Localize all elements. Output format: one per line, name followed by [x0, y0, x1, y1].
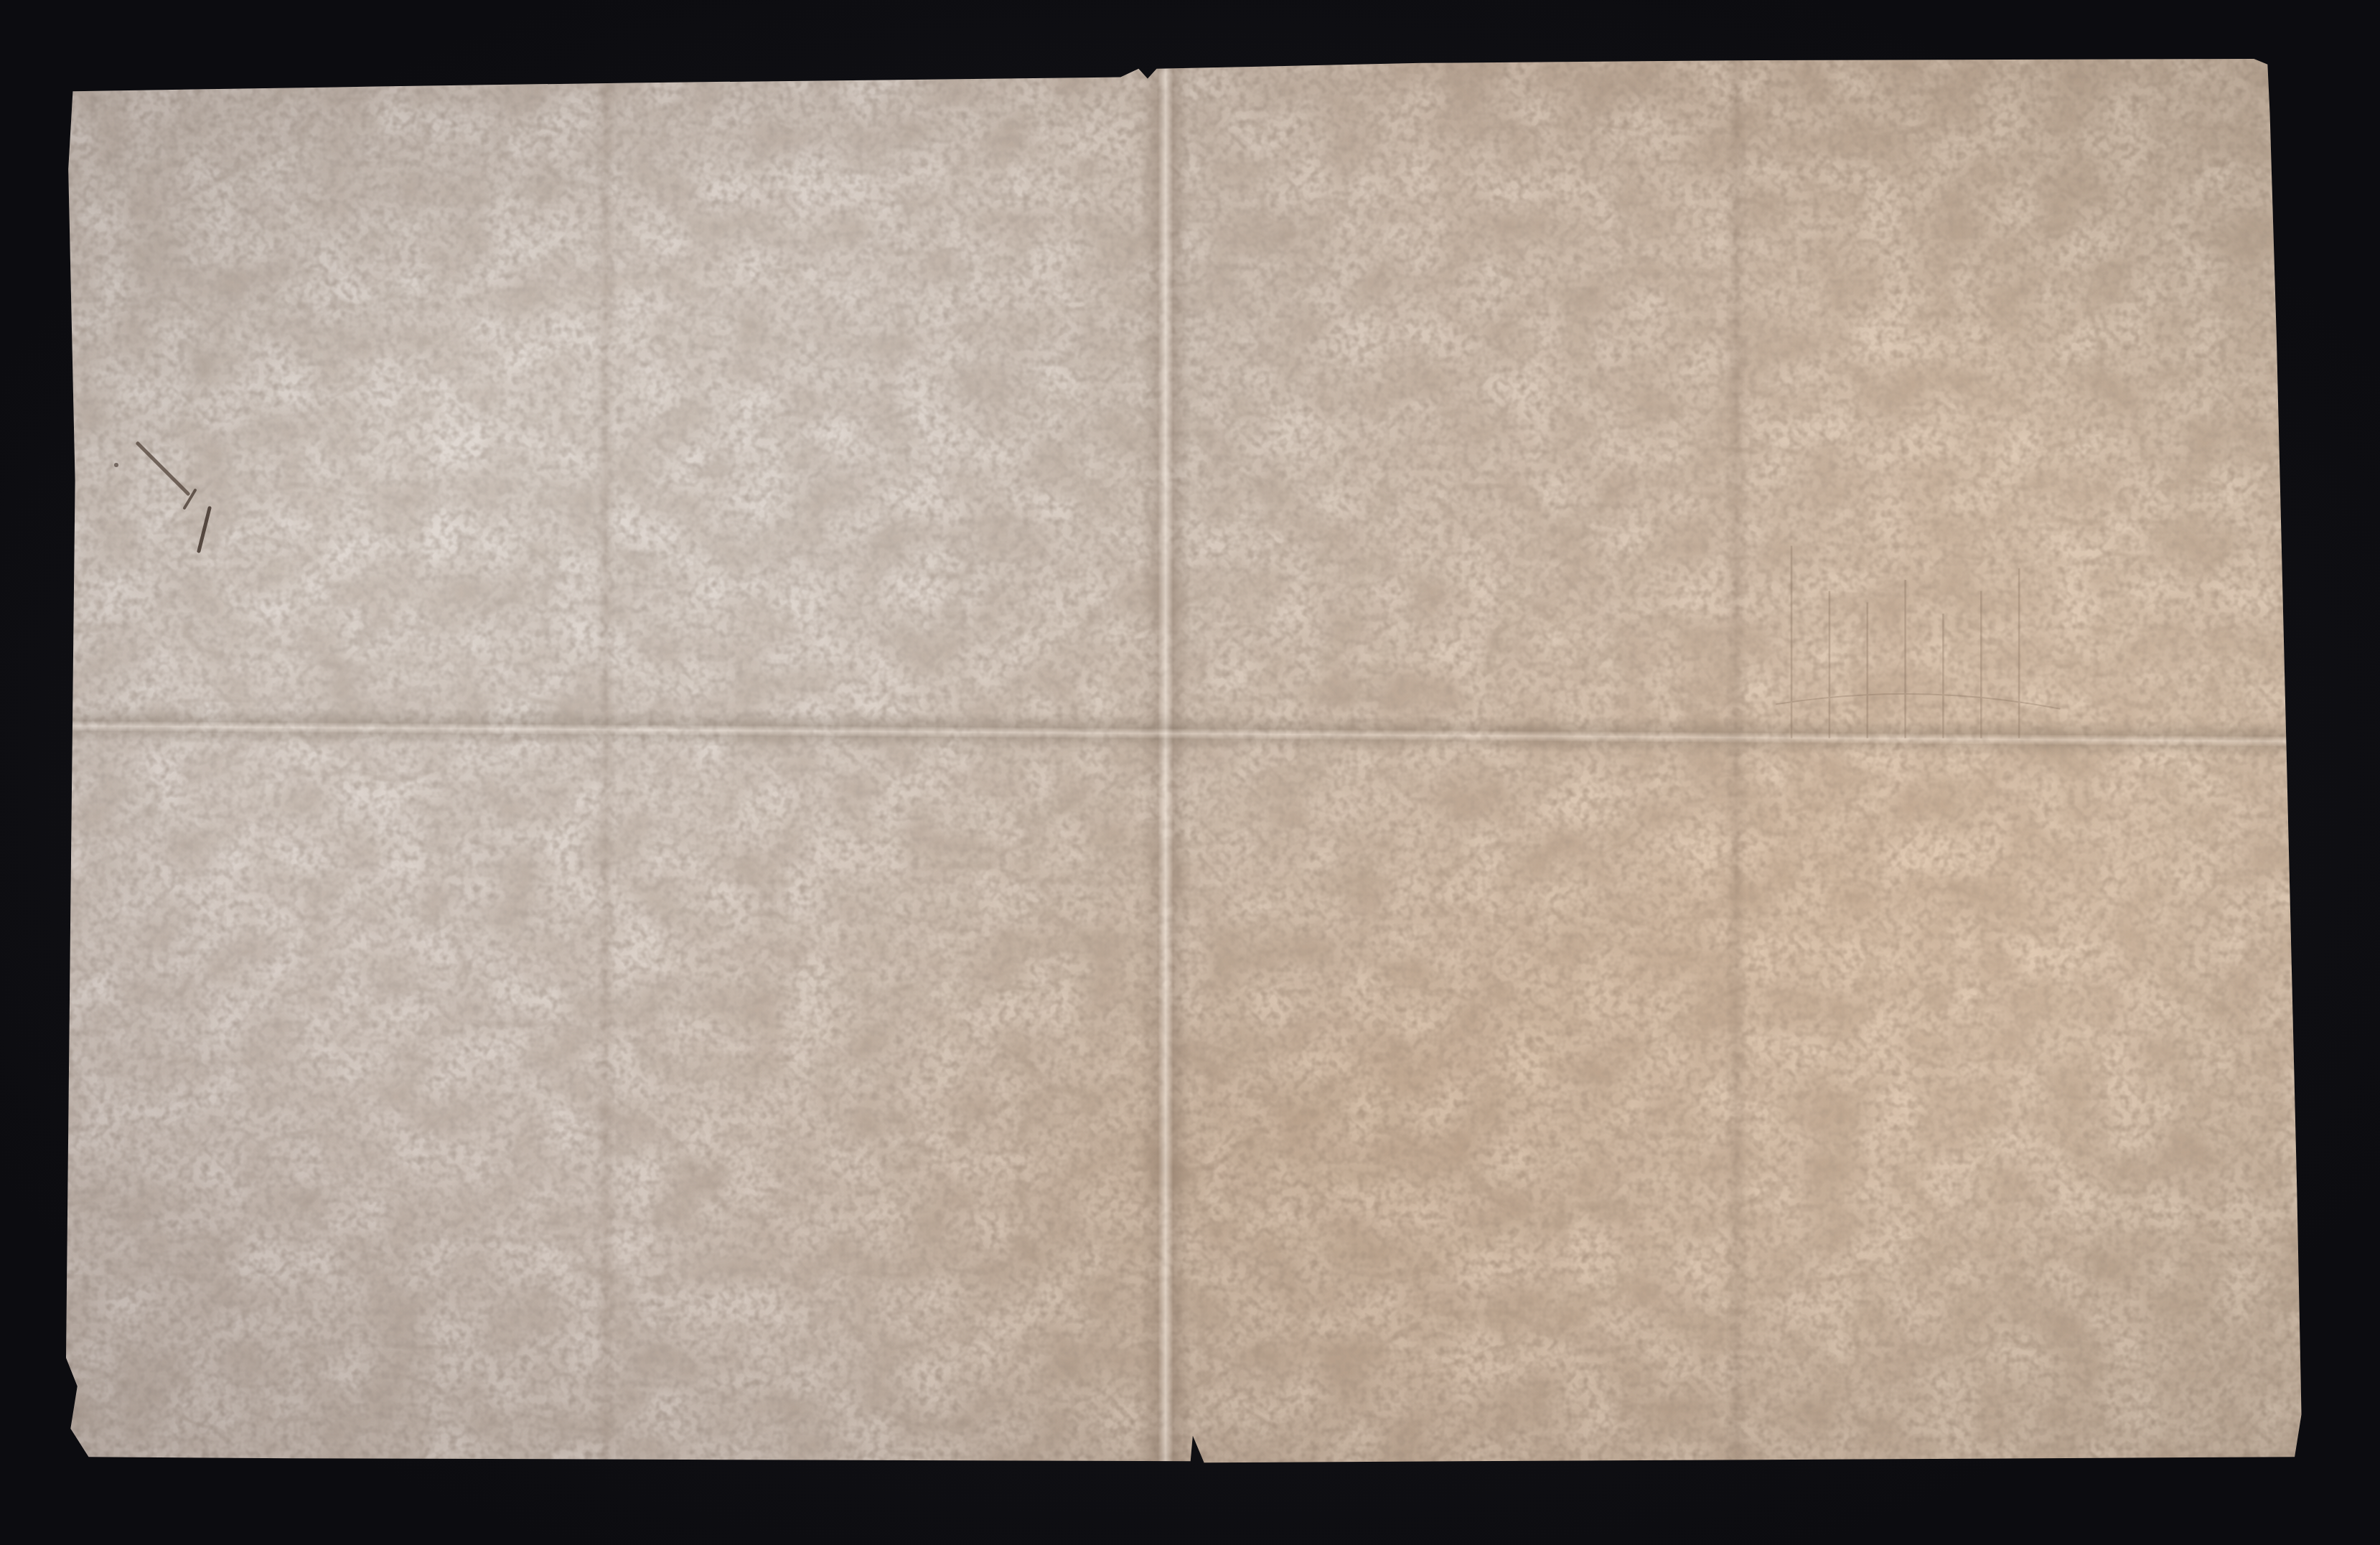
- photo-background: [0, 0, 2380, 1545]
- paper-texture: [66, 56, 2324, 1471]
- paper-note: [66, 56, 2324, 1471]
